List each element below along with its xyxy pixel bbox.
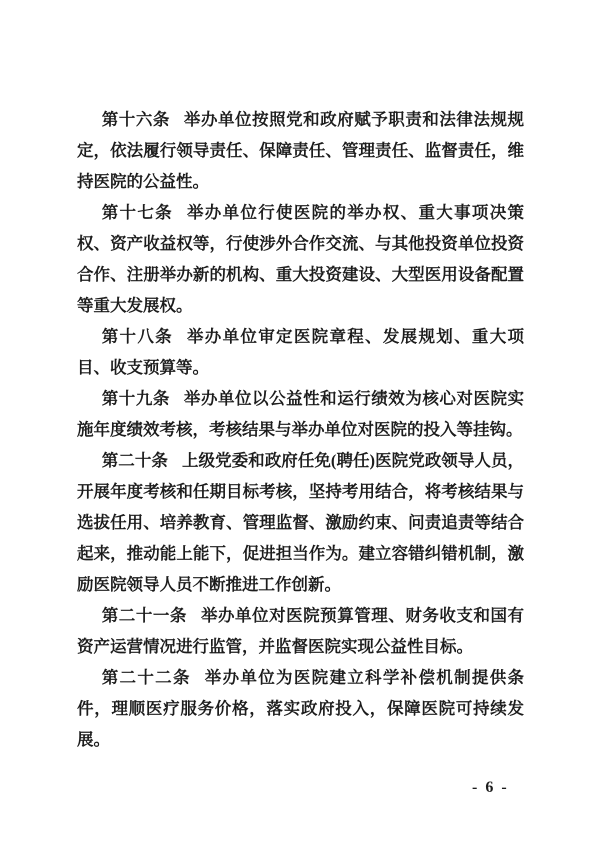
article-number-16: 第十六条 — [102, 110, 170, 129]
article-number-22: 第二十二条 — [102, 668, 191, 687]
article-paragraph-17: 第十七条举办单位行使医院的举办权、重大事项决策权、资产收益权等，行使涉外合作交流… — [77, 197, 524, 321]
article-paragraph-18: 第十八条举办单位审定医院章程、发展规划、重大项目、收支预算等。 — [77, 321, 524, 383]
article-number-21: 第二十一条 — [102, 606, 187, 625]
article-number-17: 第十七条 — [102, 203, 173, 222]
page-number: - 6 - — [472, 779, 509, 797]
article-number-20: 第二十条 — [102, 451, 168, 470]
article-paragraph-16: 第十六条举办单位按照党和政府赋予职责和法律法规规定，依法履行领导责任、保障责任、… — [77, 104, 524, 197]
article-number-19: 第十九条 — [102, 389, 170, 408]
article-paragraph-21: 第二十一条举办单位对医院预算管理、财务收支和国有资产运营情况进行监管，并监督医院… — [77, 600, 524, 662]
article-paragraph-22: 第二十二条举办单位为医院建立科学补偿机制提供条件，理顺医疗服务价格，落实政府投入… — [77, 662, 524, 755]
document-page: 第十六条举办单位按照党和政府赋予职责和法律法规规定，依法履行领导责任、保障责任、… — [0, 0, 600, 851]
document-body: 第十六条举办单位按照党和政府赋予职责和法律法规规定，依法履行领导责任、保障责任、… — [77, 104, 524, 755]
article-paragraph-19: 第十九条举办单位以公益性和运行绩效为核心对医院实施年度绩效考核，考核结果与举办单… — [77, 383, 524, 445]
article-text-20: 上级党委和政府任免(聘任)医院党政领导人员，开展年度考核和任期目标考核，坚持考用… — [77, 451, 524, 594]
article-paragraph-20: 第二十条上级党委和政府任免(聘任)医院党政领导人员，开展年度考核和任期目标考核，… — [77, 445, 524, 600]
article-number-18: 第十八条 — [102, 327, 173, 346]
